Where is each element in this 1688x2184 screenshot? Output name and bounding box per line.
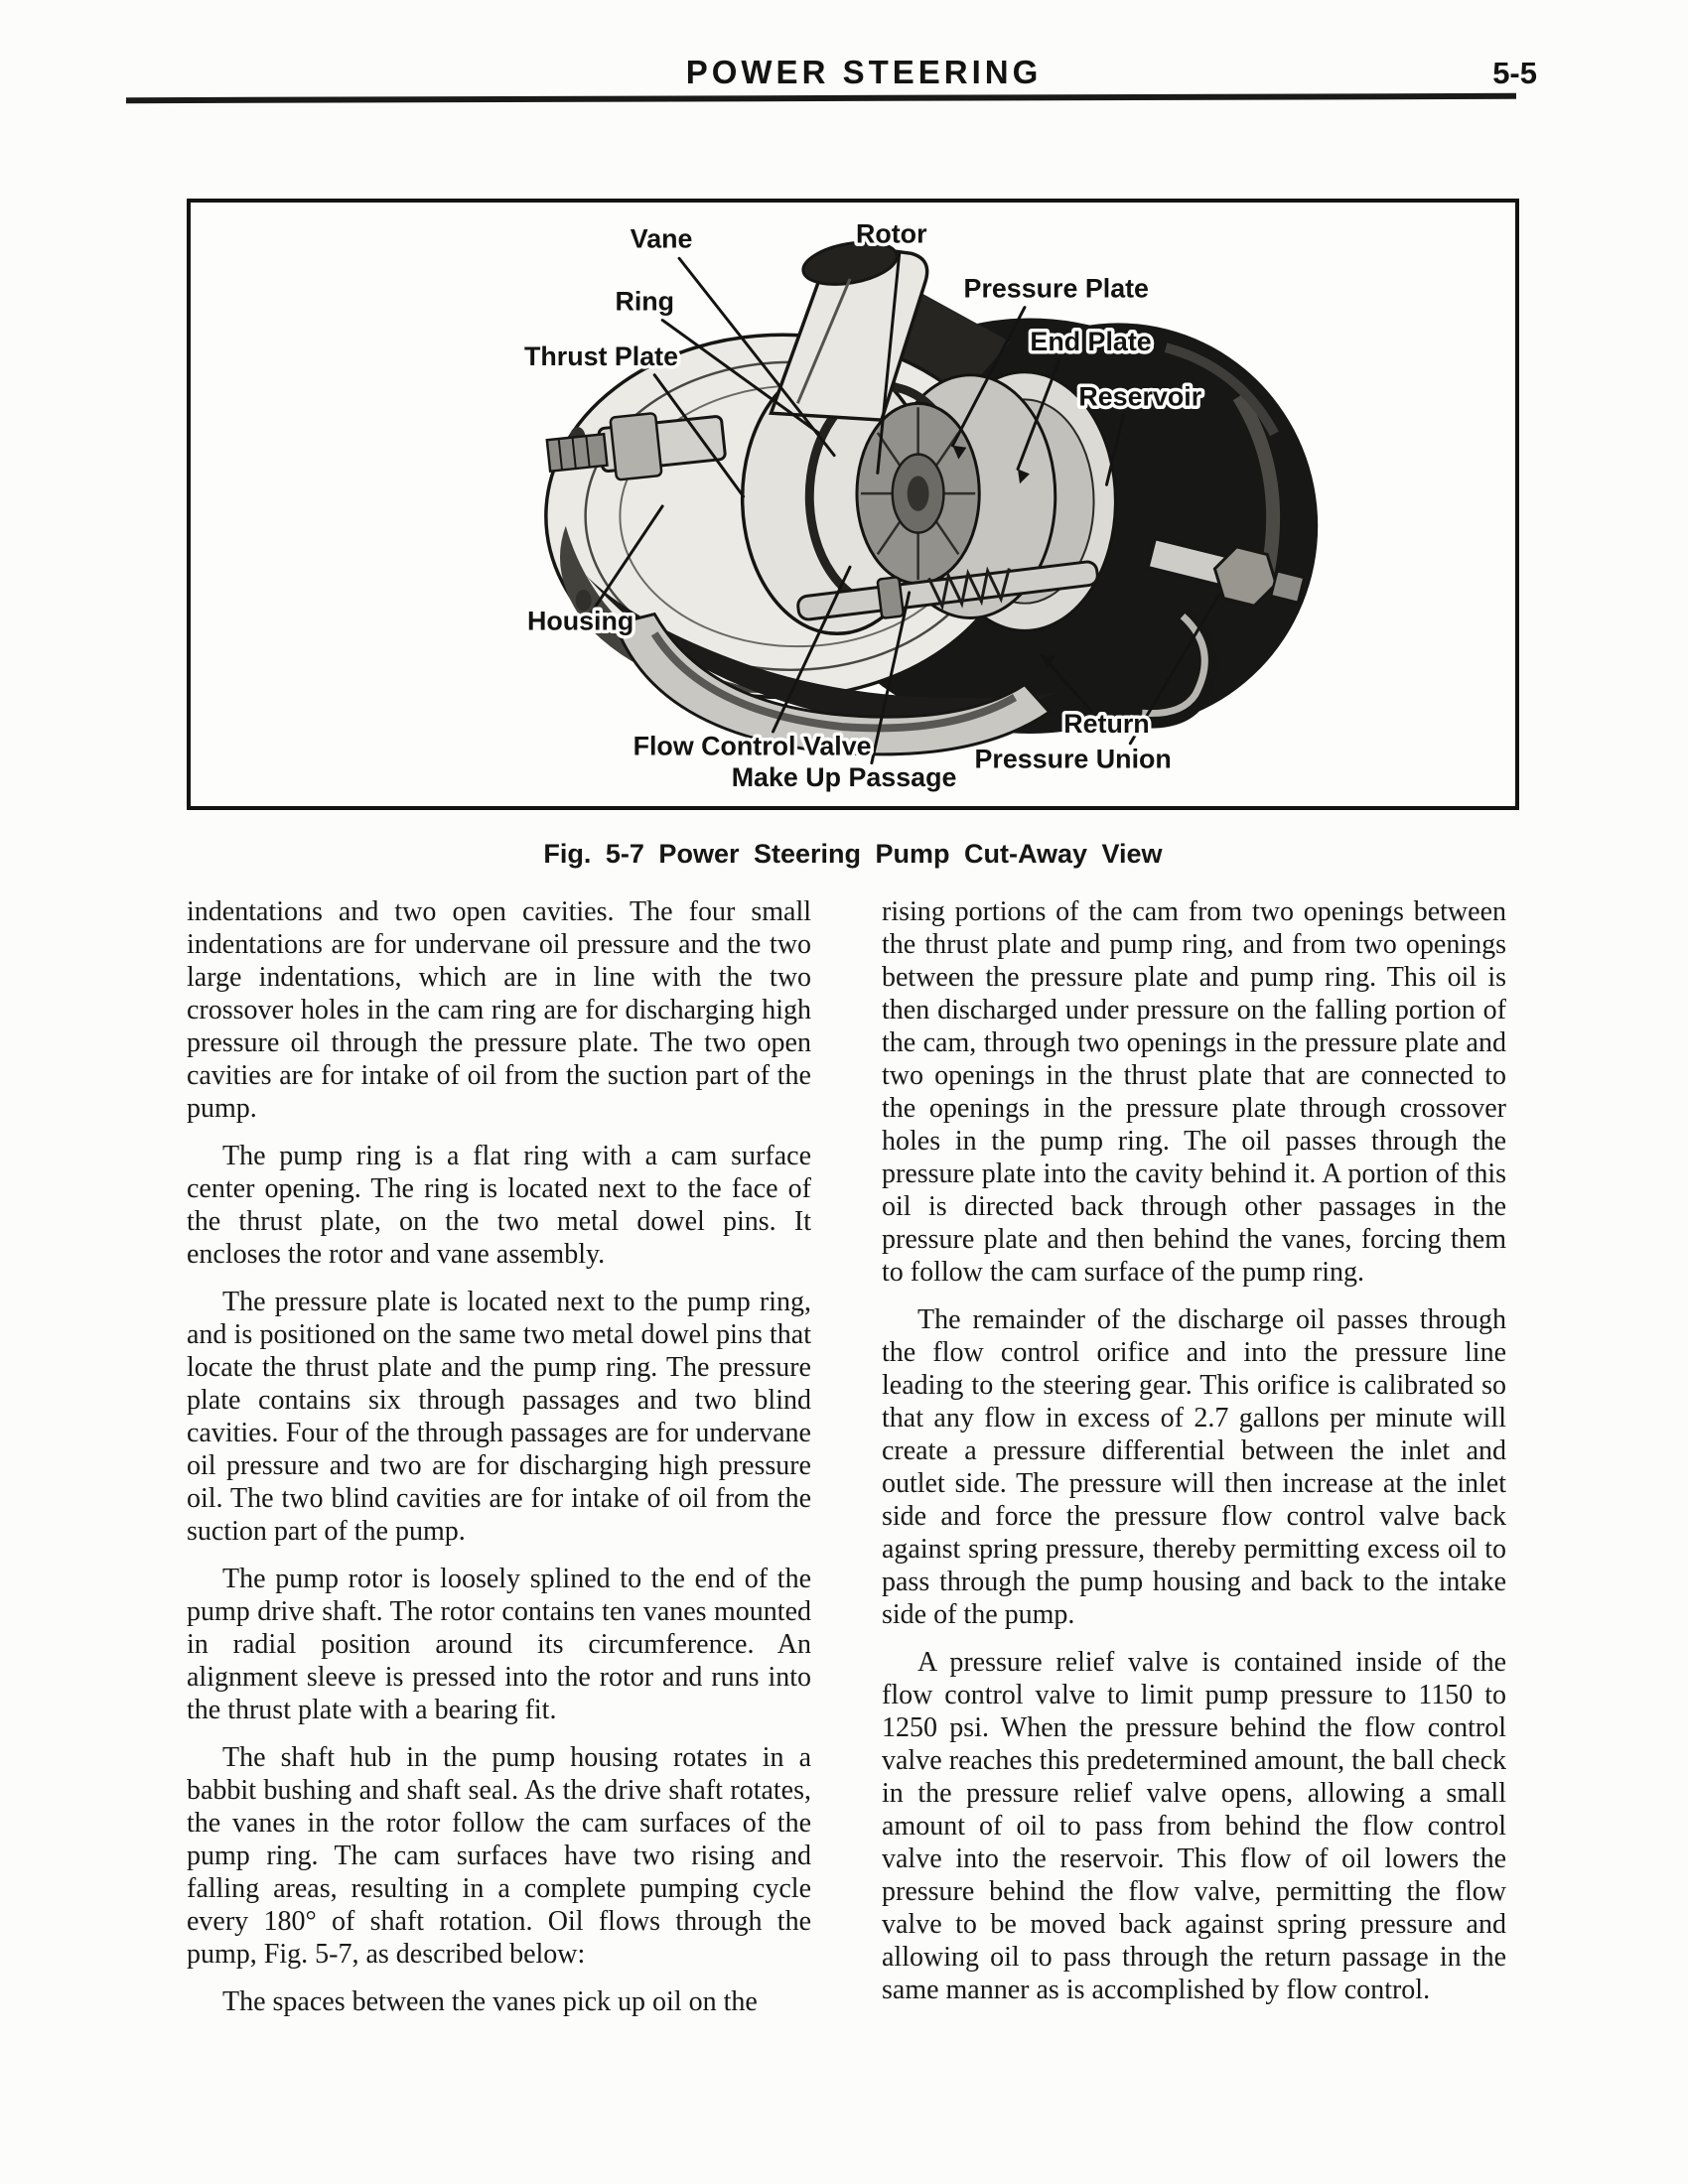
- body-paragraph: The pump ring is a flat ring with a cam …: [187, 1140, 811, 1271]
- page-number: 5-5: [1492, 56, 1537, 91]
- figure-label-vane: Vane: [631, 223, 693, 253]
- left-column: indentations and two open cavities. The …: [187, 895, 811, 2033]
- body-paragraph: The spaces between the vanes pick up oil…: [187, 1985, 811, 2018]
- page-title: POWER STEERING: [40, 54, 1688, 91]
- figure-label-flow-control-valve: Flow Control Valve: [633, 732, 872, 761]
- figure-label-make-up-passage: Make Up Passage: [732, 762, 957, 792]
- body-paragraph: The pressure plate is located next to th…: [187, 1286, 811, 1548]
- body-paragraph: The remainder of the discharge oil passe…: [882, 1303, 1506, 1631]
- figure-label-ring: Ring: [615, 287, 674, 317]
- figure-label-rotor: Rotor: [856, 219, 927, 249]
- figure-frame: Vane Rotor Ring Pressure Plate Thrust Pl…: [187, 199, 1519, 810]
- figure-label-pressure-plate: Pressure Plate: [964, 274, 1149, 304]
- header-rule: [126, 93, 1516, 103]
- figure-label-housing: Housing: [527, 606, 633, 635]
- body-paragraph: A pressure relief valve is contained ins…: [882, 1646, 1506, 2006]
- figure-label-reservoir: Reservoir: [1078, 381, 1201, 411]
- figure-label-pressure-union: Pressure Union: [975, 745, 1172, 774]
- body-paragraph: indentations and two open cavities. The …: [187, 895, 811, 1125]
- figure-label-end-plate: End Plate: [1030, 327, 1151, 356]
- manual-page: POWER STEERING 5-5: [0, 0, 1688, 2184]
- figure-label-return: Return: [1063, 709, 1149, 739]
- right-column: rising portions of the cam from two open…: [882, 895, 1506, 2021]
- body-paragraph: The pump rotor is loosely splined to the…: [187, 1563, 811, 1726]
- figure-label-thrust-plate: Thrust Plate: [524, 341, 678, 371]
- body-paragraph: The shaft hub in the pump housing rotate…: [187, 1741, 811, 1971]
- pump-cutaway-illustration: Vane Rotor Ring Pressure Plate Thrust Pl…: [191, 203, 1515, 806]
- body-paragraph: rising portions of the cam from two open…: [882, 895, 1506, 1289]
- figure-caption: Fig. 5-7 Power Steering Pump Cut-Away Vi…: [187, 839, 1519, 870]
